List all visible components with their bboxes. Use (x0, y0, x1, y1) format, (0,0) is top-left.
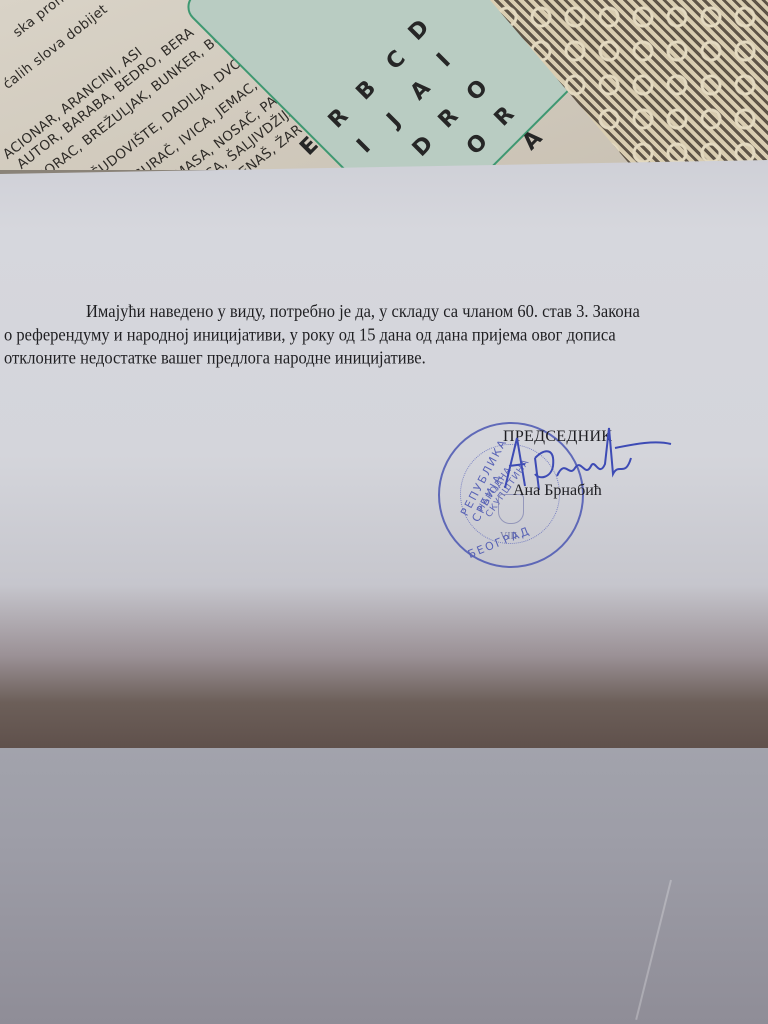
signatory-name: Ана Брнабић (513, 482, 602, 500)
background-magazine: ska pronađ ćalih slova dobijet ACIONAR, … (0, 0, 768, 170)
letter-paper-lower-fold (0, 748, 768, 1024)
letter-paragraph: Имајући наведено у виду, потребно је да,… (4, 300, 724, 370)
paragraph-line-1: Имајући наведено у виду, потребно је да,… (4, 300, 724, 323)
paragraph-line-3: отклоните недостатке вашег предлога наро… (4, 347, 724, 370)
paragraph-line-2: о референдуму и народној иницијативи, у … (4, 323, 724, 346)
